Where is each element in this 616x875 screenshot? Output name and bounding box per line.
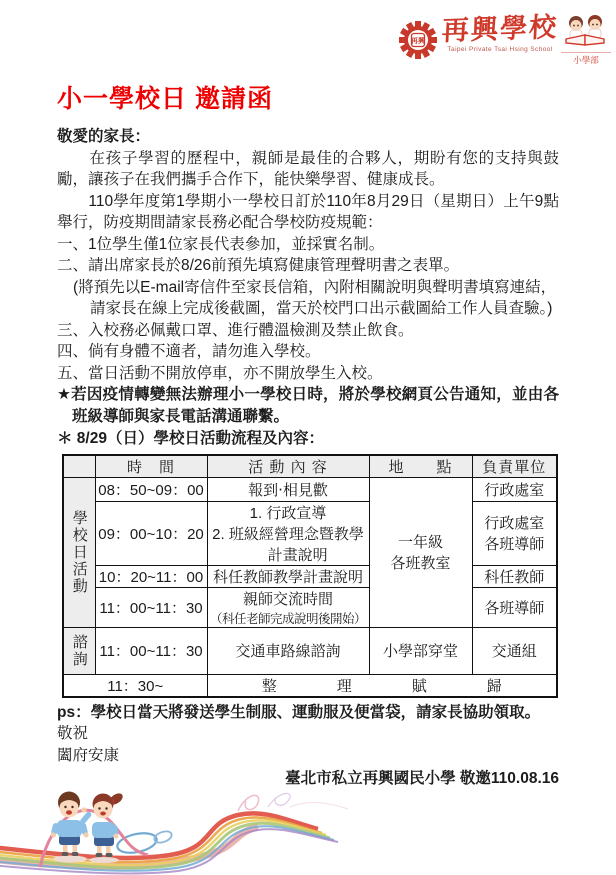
- header-empty: [63, 455, 95, 478]
- rule-3: 三、入校務必佩戴口罩、進行體溫檢測及禁止飲食。: [57, 320, 559, 342]
- gear-emblem-text: 再興: [411, 36, 426, 45]
- cell-unit: 科任教師: [472, 565, 557, 587]
- school-name-english: Taipei Private Tsai Hsing School: [442, 46, 558, 53]
- cell-time: 09：00~10：20: [95, 501, 207, 565]
- bottom-decoration: [0, 785, 616, 875]
- cell-location: 小學部穿堂: [369, 627, 472, 674]
- cell-time: 11：00~11：30: [95, 587, 207, 627]
- paragraph-2: 110學年度第1學期小一學校日訂於110年8月29日（星期日）上午9點舉行，防疫…: [57, 191, 559, 234]
- cell-unit: 行政處室 各班導師: [472, 501, 557, 565]
- table-row: 09：00~10：20 1. 行政宣導 2. 班級經營理念暨教學 計畫說明 行政…: [63, 501, 557, 565]
- cell-activity: 1. 行政宣導 2. 班級經營理念暨教學 計畫說明: [207, 501, 369, 565]
- table-row: 10：20~11：00 科任教師教學計畫說明 科任教師: [63, 565, 557, 587]
- rule-2: 二、請出席家長於8/26前預先填寫健康管理聲明書之表單。: [57, 255, 559, 277]
- cell-activity-final: 整 理 賦 歸: [207, 674, 557, 697]
- table-row-final: 11：30~ 整 理 賦 歸: [63, 674, 557, 697]
- rule-2-note-line1: (將預先以E-mail寄信件至家長信箱，內附相關說明與聲明書填寫連結，: [57, 277, 559, 299]
- table-row: 學校日活動 08：50~09：00 報到‧相見歡 一年級 各班教室 行政處室: [63, 477, 557, 501]
- cell-time: 08：50~09：00: [95, 477, 207, 501]
- rule-1: 一、1位學生僅1位家長代表參加，並採實名制。: [57, 234, 559, 256]
- wish-line-2: 闔府安康: [57, 745, 559, 767]
- group-label-consult: 諮詢: [63, 627, 95, 674]
- cell-location-span: 一年級 各班教室: [369, 477, 472, 627]
- table-header-row: 時 間 活 動 內 容 地 點 負責單位: [63, 455, 557, 478]
- header-location: 地 點: [369, 455, 472, 478]
- cell-activity: 科任教師教學計畫說明: [207, 565, 369, 587]
- ps-note: ps：學校日當天將發送學生制服、運動服及便當袋，請家長協助領取。: [57, 702, 559, 724]
- cell-activity: 報到‧相見歡: [207, 477, 369, 501]
- table-row: 11：00~11：30 親師交流時間 （科任老師完成說明後開始） 各班導師: [63, 587, 557, 627]
- activity-note: （科任老師完成說明後開始）: [210, 609, 367, 627]
- cell-unit: 交通組: [472, 627, 557, 674]
- rainbow-ribbon-kids-icon: [0, 785, 616, 875]
- reading-kids-icon: [561, 14, 611, 52]
- cell-unit: 各班導師: [472, 587, 557, 627]
- header-unit: 負責單位: [472, 455, 557, 478]
- table-row-consult: 諮詢 11：00~11：30 交通車路線諮詢 小學部穿堂 交通組: [63, 627, 557, 674]
- wish-line-1: 敬祝: [57, 723, 559, 745]
- schedule-heading: ＊ 8/29（日）學校日活動流程及內容：: [57, 428, 559, 450]
- page-title: 小一學校日 邀請函: [57, 84, 559, 114]
- school-name-calligraphy: 再興學校: [441, 12, 559, 46]
- gear-emblem-icon: 再興: [398, 20, 438, 65]
- header-activity: 活 動 內 容: [207, 455, 369, 478]
- cell-activity: 親師交流時間 （科任老師完成說明後開始）: [207, 587, 369, 627]
- cell-time-final: 11：30~: [63, 674, 207, 697]
- group-label-school-day: 學校日活動: [63, 477, 95, 627]
- letter-body: 敬愛的家長： 在孩子學習的歷程中，親師是最佳的合夥人，期盼有您的支持與鼓勵，讓孩…: [57, 126, 559, 450]
- cell-activity: 交通車路線諮詢: [207, 627, 369, 674]
- header-time: 時 間: [95, 455, 207, 478]
- rule-4: 四、倘有身體不適者，請勿進入學校。: [57, 341, 559, 363]
- invitation-letter-page: 再興 再興學校 Taipei Private Tsai Hsing School: [0, 0, 616, 875]
- cell-time: 11：00~11：30: [95, 627, 207, 674]
- paragraph-1: 在孩子學習的歷程中，親師是最佳的合夥人，期盼有您的支持與鼓勵，讓孩子在我們攜手合…: [57, 148, 559, 191]
- cell-unit: 行政處室: [472, 477, 557, 501]
- schedule-table: 時 間 活 動 內 容 地 點 負責單位 學校日活動 08：50~09：00 報…: [62, 454, 558, 698]
- division-label: 小學部: [561, 52, 611, 66]
- rule-5: 五、當日活動不開放停車，亦不開放學生入校。: [57, 363, 559, 385]
- activity-main: 親師交流時間: [243, 591, 333, 608]
- rule-2-note-line2: 請家長在線上完成後截圖，當天於校門口出示截圖給工作人員查驗。): [57, 298, 559, 320]
- school-logo: 再興 再興學校 Taipei Private Tsai Hsing School: [398, 14, 606, 66]
- salutation: 敬愛的家長：: [57, 126, 559, 148]
- cell-time: 10：20~11：00: [95, 565, 207, 587]
- covid-notice: ★若因疫情轉變無法辦理小一學校日時，將於學校網頁公告通知，並由各班級導師與家長電…: [57, 384, 559, 427]
